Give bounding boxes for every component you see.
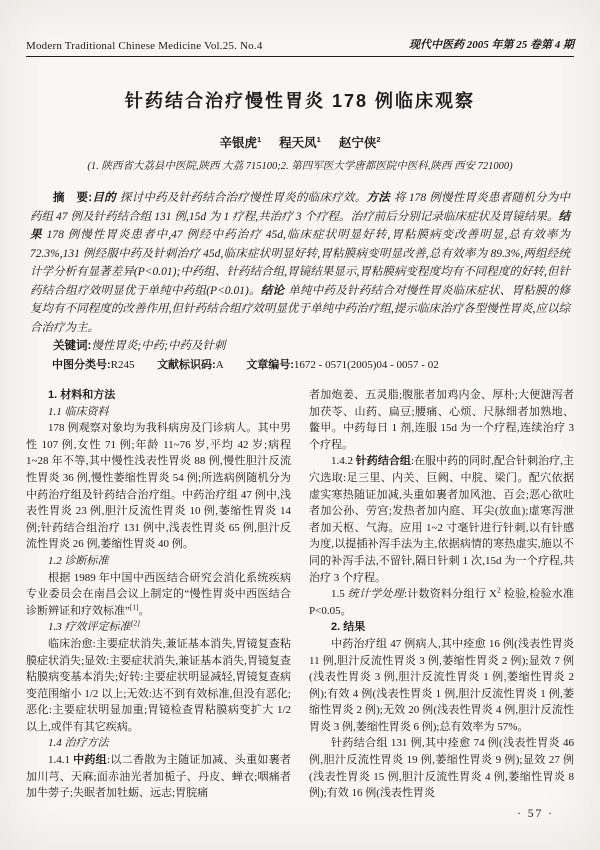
- section-heading: 1.1 临床资料: [26, 404, 291, 421]
- clc-label: 中图分类号:: [52, 359, 111, 371]
- abstract-text: 摘 要:目的探讨中药及针药结合治疗慢性胃炎的临床疗效。方法将 178 例慢性胃炎…: [30, 189, 570, 337]
- keywords-text: 慢性胃炎;中药;中药及针刺: [91, 340, 225, 352]
- paragraph: 根据 1989 年中国中西医结合研究会消化系统疾病专业委员会在南昌会议上制定的“…: [26, 570, 291, 620]
- page-number: · 57 ·: [517, 808, 554, 820]
- paragraph: 1.4.2 针药结合组:在服中药的同时,配合针刺治疗,主穴选取:足三里、内关、巨…: [309, 453, 574, 586]
- paragraph: 1.5 统计学处理:计数资料分组行 X2 检验,检验水准 P<0.05。: [309, 586, 574, 619]
- keywords-label: 关键词:: [53, 340, 91, 352]
- article-id-label: 文章编号:: [246, 359, 294, 371]
- paper-title: 针药结合治疗慢性胃炎 178 例临床观察: [30, 87, 570, 113]
- clc-value: R245: [111, 359, 135, 371]
- body-columns: 1. 材料和方法1.1 临床资料178 例观察对象均为我科病房及门诊病人。其中男…: [26, 387, 574, 802]
- column-left: 1. 材料和方法1.1 临床资料178 例观察对象均为我科病房及门诊病人。其中男…: [26, 387, 291, 802]
- affiliation: (1. 陕西省大荔县中医院,陕西 大荔 715100;2. 第四军医大学唐都医院…: [0, 158, 600, 173]
- keywords-line: 关键词:慢性胃炎;中药;中药及针刺: [30, 337, 570, 356]
- section-heading: 2. 结果: [309, 619, 574, 636]
- meta-line: 中图分类号:R245 文献标识码:A 文章编号:1672 - 0571(2005…: [30, 356, 570, 375]
- paragraph: 针药结合组 131 例,其中痊愈 74 例(浅表性胃炎 46 例,胆汁反流性胃炎…: [309, 735, 574, 801]
- paragraph: 临床治愈:主要症状消失,兼证基本消失,胃镜复查粘膜症状消失;显效:主要症状消失,…: [26, 636, 291, 736]
- document-code: 文献标识码:A: [157, 359, 224, 371]
- paragraph: 者加炮姜、五灵脂;腹胀者加鸡内金、厚朴;大便溏泻者加茯苓、山药、扁豆;腰痛、心烦…: [309, 387, 574, 453]
- document-code-value: A: [216, 359, 224, 371]
- clc-number: 中图分类号:R245: [52, 359, 135, 371]
- document-code-label: 文献标识码:: [157, 359, 216, 371]
- journal-name-english: Modern Traditional Chinese Medicine Vol.…: [26, 40, 263, 52]
- author: 辛银虎1: [219, 136, 261, 150]
- section-heading: 1.3 疗效评定标准[2]: [26, 619, 291, 636]
- article-id: 文章编号:1672 - 0571(2005)04 - 0057 - 02: [246, 359, 439, 371]
- journal-page: Modern Traditional Chinese Medicine Vol.…: [0, 0, 600, 850]
- author: 赵宁侠2: [339, 136, 381, 150]
- author: 程天凤1: [279, 136, 321, 150]
- section-heading: 1.2 诊断标准: [26, 553, 291, 570]
- authors: 辛银虎1程天凤1赵宁侠2: [0, 133, 600, 151]
- section-heading: 1. 材料和方法: [26, 387, 291, 404]
- section-heading: 1.4 治疗方法: [26, 735, 291, 752]
- paragraph: 1.4.1 中药组:以二香散为主随证加减、头重如裹者加川芎、天麻;面赤油光者加栀…: [26, 752, 291, 802]
- journal-header: Modern Traditional Chinese Medicine Vol.…: [26, 36, 574, 57]
- paragraph: 中药治疗组 47 例病人,其中痊愈 16 例(浅表性胃炎 11 例,胆汁反流性胃…: [309, 636, 574, 736]
- column-right: 者加炮姜、五灵脂;腹胀者加鸡内金、厚朴;大便溏泻者加茯苓、山药、扁豆;腰痛、心烦…: [309, 387, 574, 802]
- paragraph: 178 例观察对象均为我科病房及门诊病人。其中男性 107 例,女性 71 例;…: [26, 420, 291, 553]
- journal-name-chinese: 现代中医药 2005 年第 25 卷第 4 期: [409, 36, 574, 52]
- article-id-value: 1672 - 0571(2005)04 - 0057 - 02: [294, 359, 439, 371]
